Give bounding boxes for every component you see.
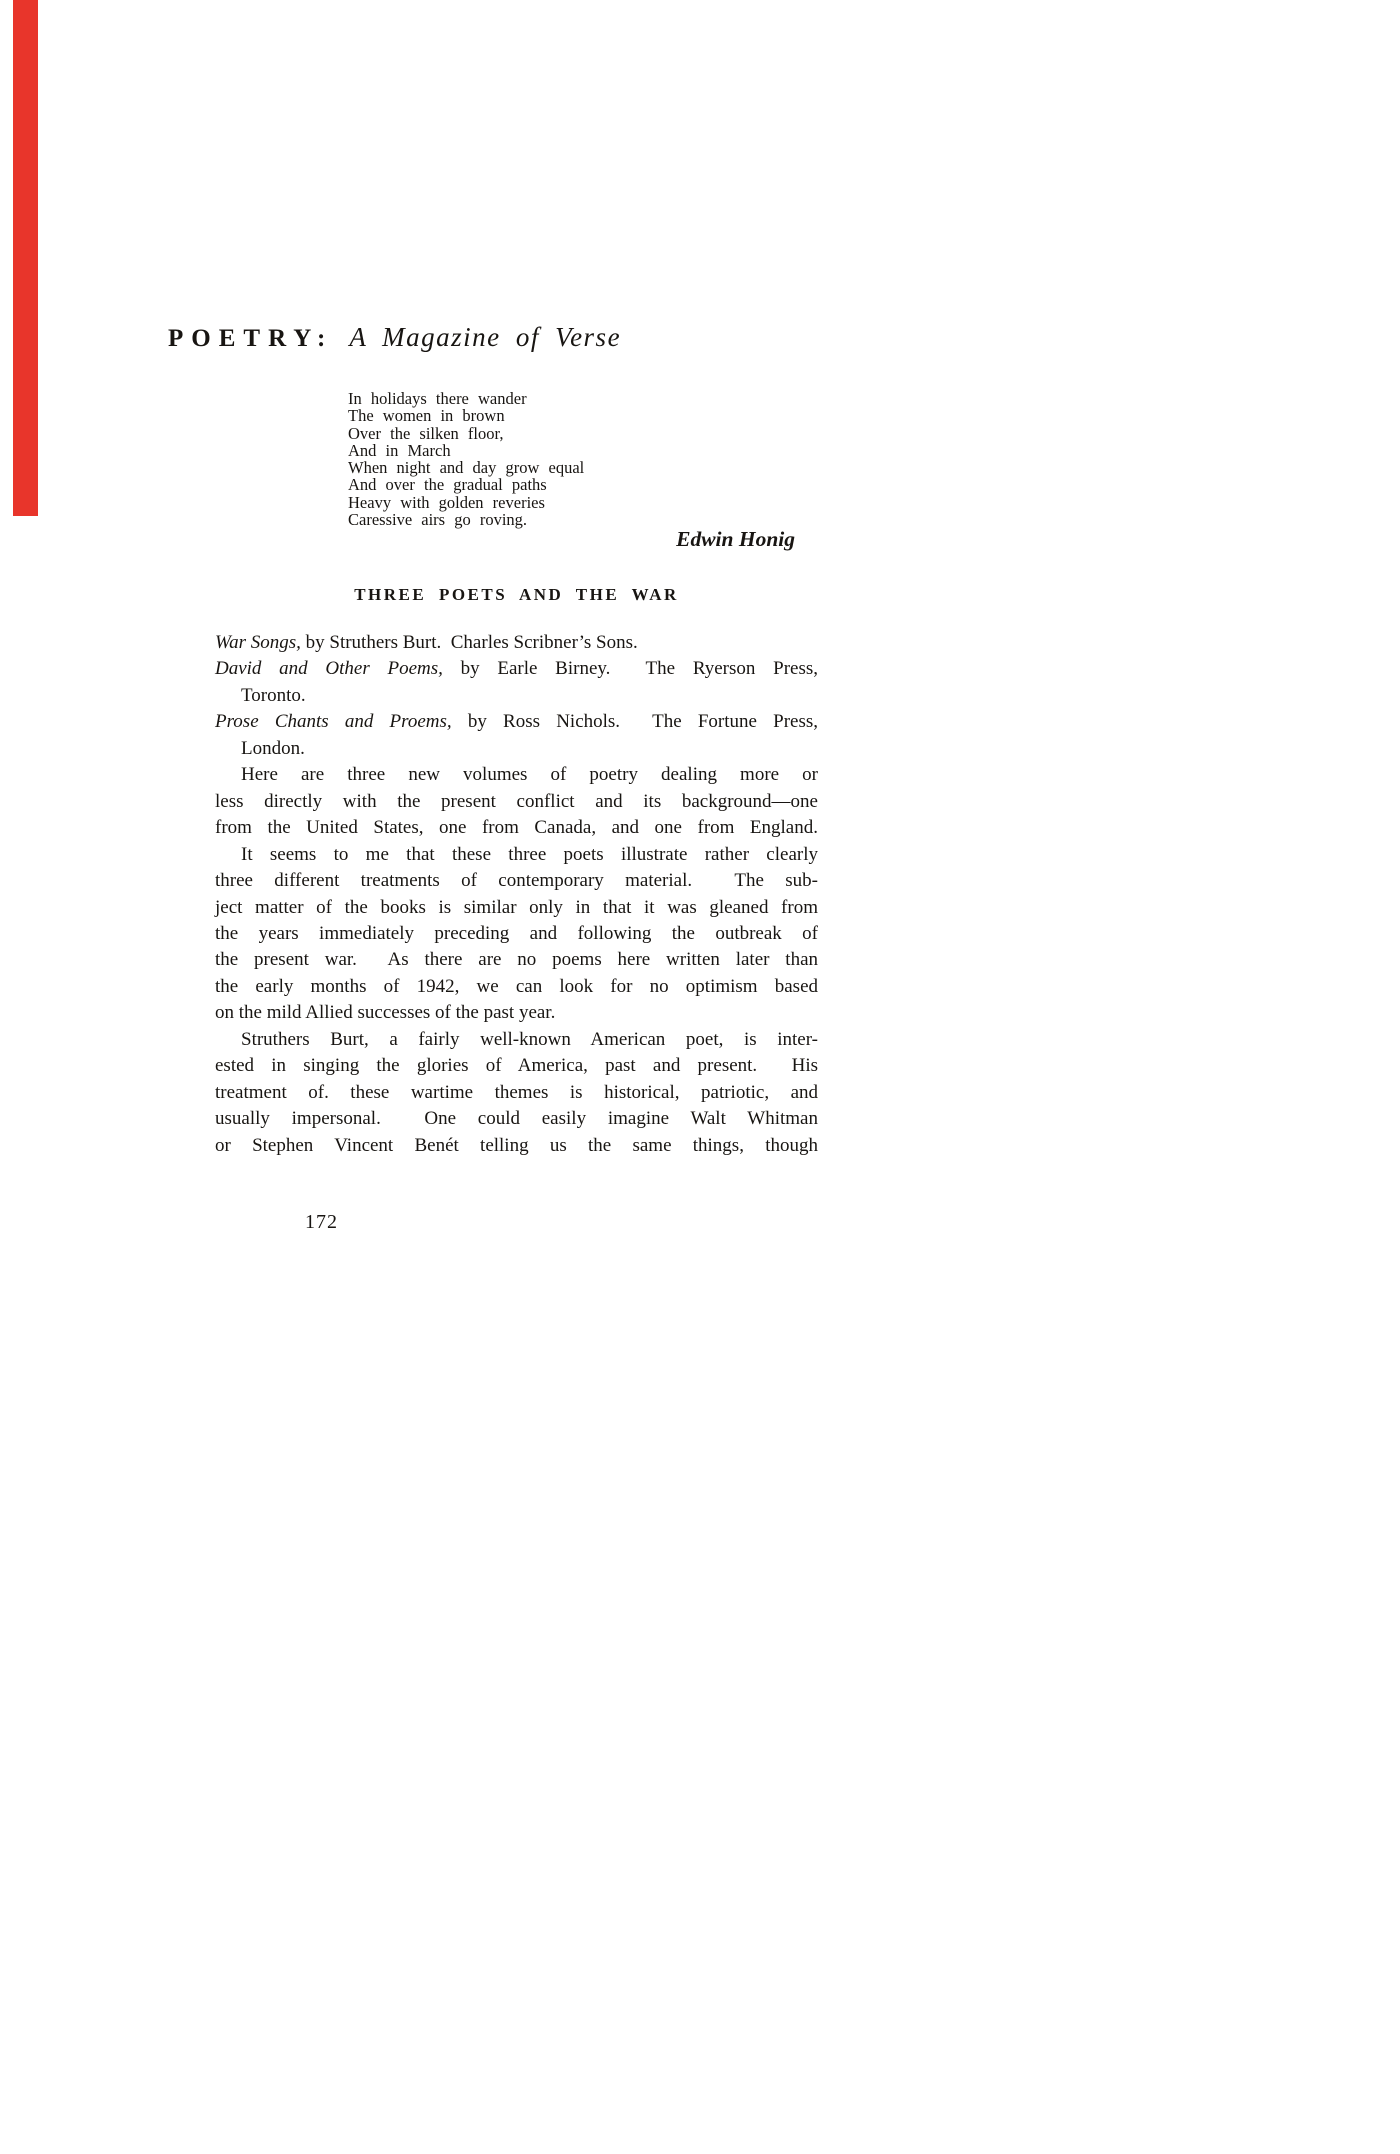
text-line: London. [215, 736, 818, 762]
text-line: three different treatments of contempora… [215, 868, 818, 894]
text-line: David and Other Poems, by Earle Birney. … [215, 656, 818, 682]
text-run: less directly with the present conflict … [215, 791, 818, 812]
text-run: Toronto. [241, 685, 306, 706]
text-run: on the mild Allied successes of the past… [215, 1002, 555, 1023]
poem-line: Caressive airs go roving. [348, 511, 584, 528]
text-run: Here are three new volumes of poetry dea… [241, 764, 818, 785]
text-run: by Struthers Burt. Charles Scribner’s So… [301, 632, 638, 653]
text-run: It seems to me that these three poets il… [241, 844, 818, 865]
text-run: ject matter of the books is similar only… [215, 897, 818, 918]
text-run: the present war. As there are no poems h… [215, 949, 818, 970]
text-line: ested in singing the glories of America,… [215, 1053, 818, 1079]
text-run: treatment of. these wartime themes is hi… [215, 1082, 818, 1103]
text-line: the present war. As there are no poems h… [215, 947, 818, 973]
poem-line: When night and day grow equal [348, 459, 584, 476]
text-line: from the United States, one from Canada,… [215, 815, 818, 841]
text-line: less directly with the present conflict … [215, 789, 818, 815]
text-line: the years immediately preceding and foll… [215, 921, 818, 947]
magazine-masthead: POETRY:A Magazine of Verse [168, 322, 621, 353]
magazine-subtitle: A Magazine of Verse [349, 322, 621, 352]
poem-excerpt: In holidays there wanderThe women in bro… [348, 390, 584, 528]
text-run: Over the silken floor, [348, 424, 503, 443]
text-run: three different treatments of contempora… [215, 870, 818, 891]
text-line: Toronto. [215, 683, 818, 709]
text-run: Heavy with golden reveries [348, 493, 545, 512]
text-line: the early months of 1942, we can look fo… [215, 974, 818, 1000]
poem-line: And in March [348, 442, 584, 459]
text-line: or Stephen Vincent Benét telling us the … [215, 1133, 818, 1159]
text-line: Here are three new volumes of poetry dea… [215, 762, 818, 788]
magazine-title: POETRY: [168, 325, 333, 352]
text-run: Prose Chants and Proems, [215, 711, 452, 732]
text-run: War Songs, [215, 632, 301, 653]
text-run: or Stephen Vincent Benét telling us the … [215, 1135, 818, 1156]
text-run: from the United States, one from Canada,… [215, 817, 818, 838]
text-run: Caressive airs go roving. [348, 510, 527, 529]
text-run: ested in singing the glories of America,… [215, 1055, 818, 1076]
text-line: Prose Chants and Proems, by Ross Nichols… [215, 709, 818, 735]
poem-line: Over the silken floor, [348, 425, 584, 442]
text-run: And over the gradual paths [348, 475, 547, 494]
text-run: When night and day grow equal [348, 458, 584, 477]
poem-line: Heavy with golden reveries [348, 494, 584, 511]
text-line: treatment of. these wartime themes is hi… [215, 1080, 818, 1106]
page-number: 172 [305, 1211, 338, 1234]
text-run: And in March [348, 441, 451, 460]
text-run: by Earle Birney. The Ryerson Press, [443, 658, 818, 679]
scanned-magazine-page: POETRY:A Magazine of Verse In holidays t… [0, 0, 1400, 2154]
poem-line: And over the gradual paths [348, 476, 584, 493]
text-line: on the mild Allied successes of the past… [215, 1000, 818, 1026]
text-run: usually impersonal. One could easily ima… [215, 1108, 818, 1129]
text-line: It seems to me that these three poets il… [215, 842, 818, 868]
text-line: usually impersonal. One could easily ima… [215, 1106, 818, 1132]
poem-line: In holidays there wander [348, 390, 584, 407]
book-edge-strip [13, 0, 38, 516]
poem-line: The women in brown [348, 407, 584, 424]
text-run: Struthers Burt, a fairly well-known Amer… [241, 1029, 818, 1050]
text-run: by Ross Nichols. The Fortune Press, [452, 711, 818, 732]
text-run: London. [241, 738, 305, 759]
text-line: ject matter of the books is similar only… [215, 895, 818, 921]
text-run: the years immediately preceding and foll… [215, 923, 818, 944]
text-run: In holidays there wander [348, 389, 527, 408]
review-body: War Songs, by Struthers Burt. Charles Sc… [215, 630, 818, 1159]
text-run: David and Other Poems, [215, 658, 443, 679]
article-heading: THREE POETS AND THE WAR [215, 585, 818, 605]
poem-attribution: Edwin Honig [545, 527, 795, 552]
text-run: the early months of 1942, we can look fo… [215, 976, 818, 997]
text-run: The women in brown [348, 406, 505, 425]
text-line: War Songs, by Struthers Burt. Charles Sc… [215, 630, 818, 656]
text-line: Struthers Burt, a fairly well-known Amer… [215, 1027, 818, 1053]
